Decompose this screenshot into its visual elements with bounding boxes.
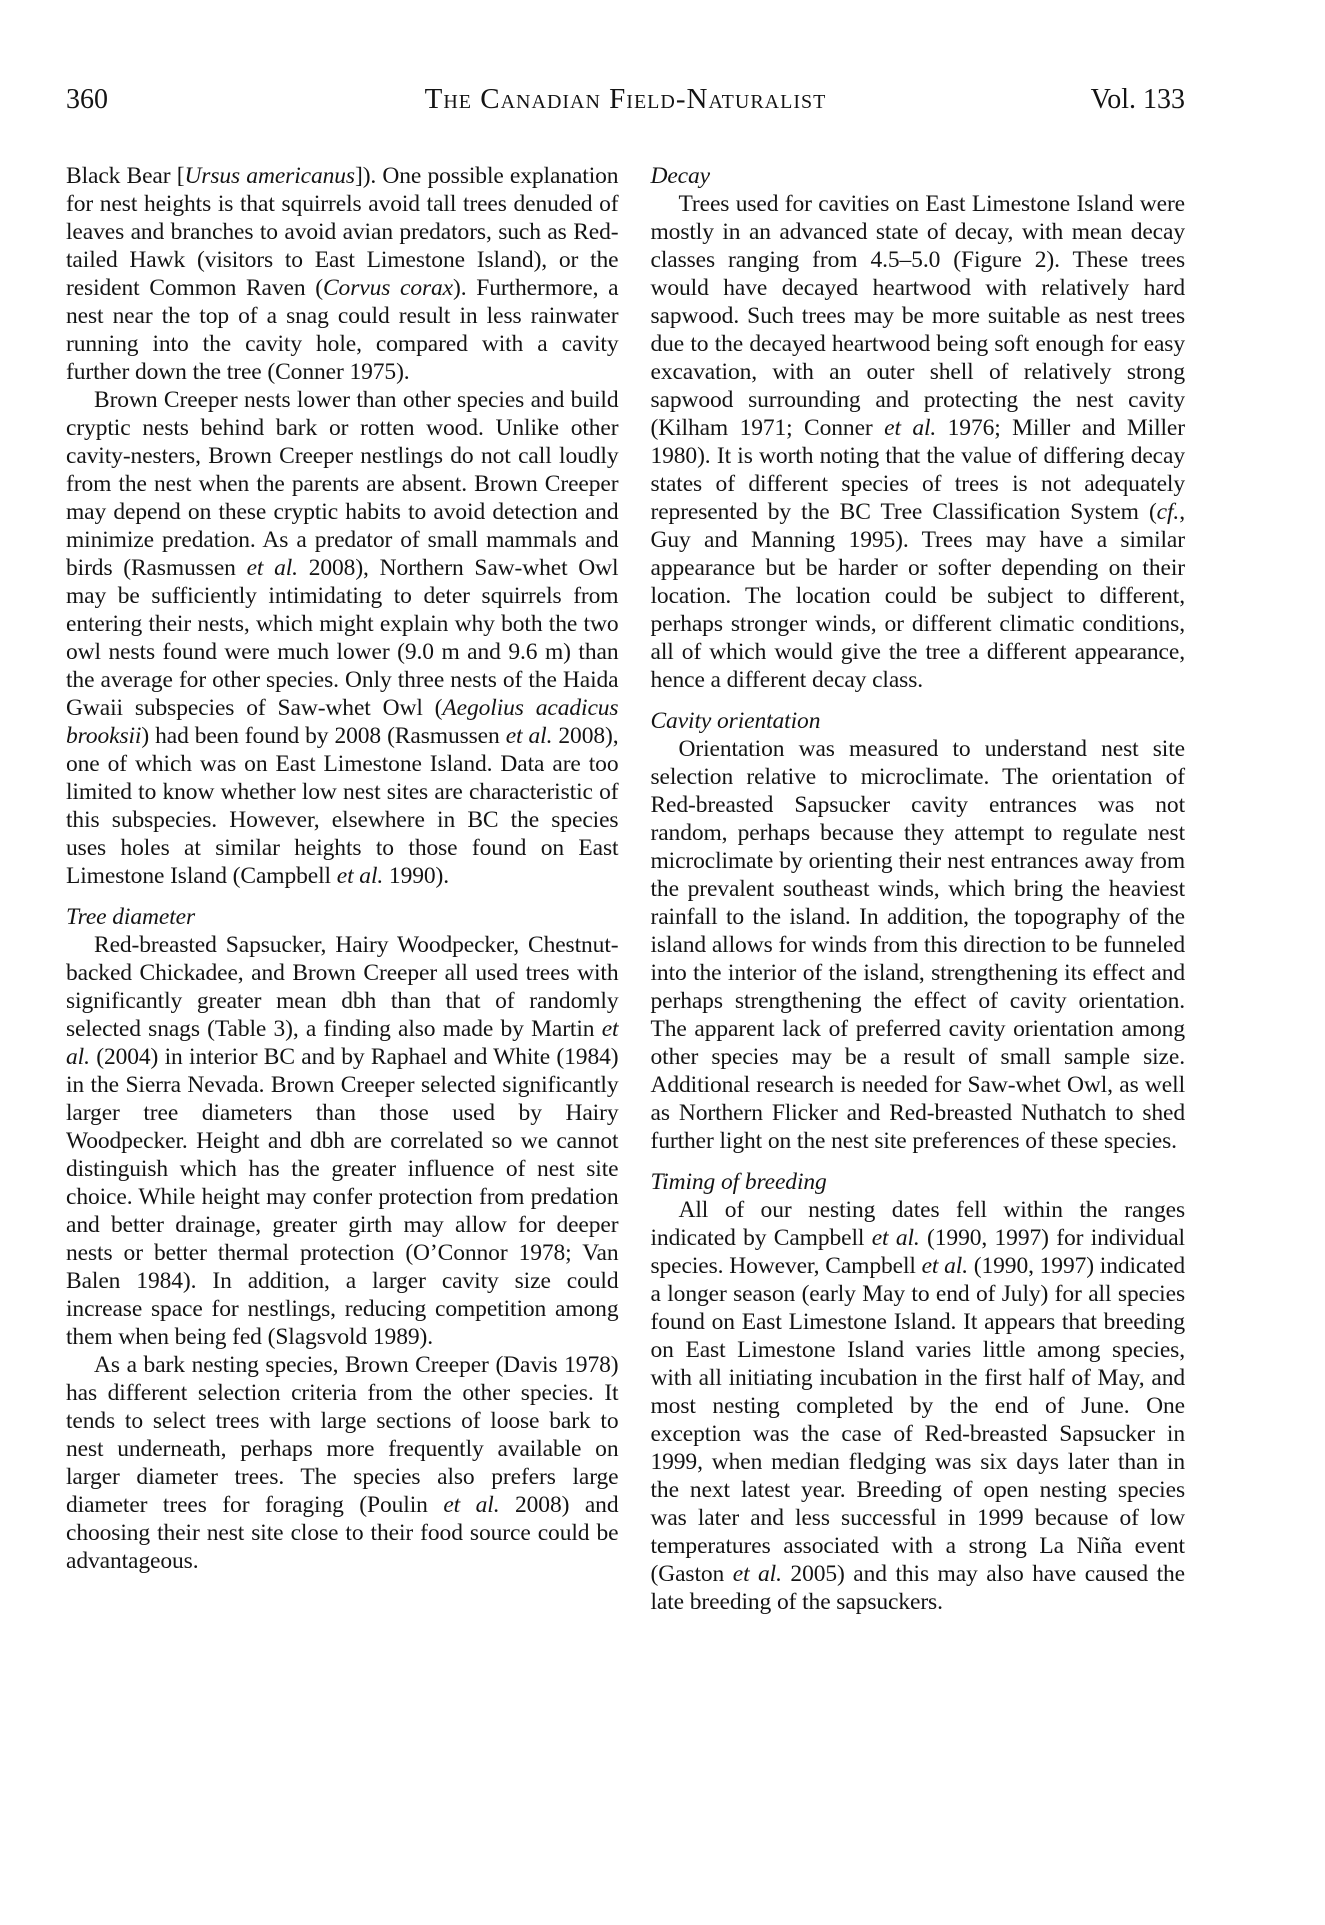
paragraph: Orientation was measured to understand n… bbox=[650, 735, 1185, 1155]
text-run: et al. bbox=[506, 723, 553, 749]
paragraph: Red-breasted Sapsucker, Hairy Woodpecker… bbox=[66, 931, 618, 1351]
page-number: 360 bbox=[66, 85, 236, 115]
article-body: Black Bear [Ursus americanus]). One poss… bbox=[66, 162, 1185, 1616]
text-run: et al. bbox=[922, 1253, 968, 1279]
text-run: Tree diameter bbox=[66, 904, 195, 930]
paragraph: Black Bear [Ursus americanus]). One poss… bbox=[66, 162, 618, 386]
text-run: et al. bbox=[337, 863, 383, 889]
text-run: et al. bbox=[872, 1225, 920, 1251]
text-run: Cavity orientation bbox=[650, 708, 820, 734]
section-heading: Decay bbox=[650, 162, 1185, 190]
text-run: Timing of breeding bbox=[650, 1169, 826, 1195]
volume-number: Vol. 133 bbox=[1015, 85, 1185, 115]
paragraph: Trees used for cavities on East Limeston… bbox=[650, 190, 1185, 694]
text-run: cf. bbox=[1157, 499, 1180, 525]
journal-page: 360 The Canadian Field-Naturalist Vol. 1… bbox=[0, 0, 1325, 1925]
page-header: 360 The Canadian Field-Naturalist Vol. 1… bbox=[66, 84, 1185, 115]
text-run: Decay bbox=[650, 163, 710, 189]
text-run: (2004) in interior BC and by Raphael and… bbox=[66, 1044, 618, 1350]
section-heading: Tree diameter bbox=[66, 903, 618, 931]
text-run: et al. bbox=[733, 1561, 782, 1587]
text-run: Black Bear [ bbox=[66, 163, 184, 189]
column-right: DecayTrees used for cavities on East Lim… bbox=[650, 162, 1185, 1616]
column-left: Black Bear [Ursus americanus]). One poss… bbox=[66, 162, 618, 1616]
text-run: Red-breasted Sapsucker, Hairy Woodpecker… bbox=[66, 932, 618, 1042]
text-run: (1990, 1997) indicated a longer season (… bbox=[650, 1253, 1185, 1587]
text-run: Brown Creeper nests lower than other spe… bbox=[66, 387, 618, 581]
text-run: 1990). bbox=[383, 863, 449, 889]
section-heading: Cavity orientation bbox=[650, 707, 1185, 735]
text-run: ) had been found by 2008 (Rasmussen bbox=[141, 723, 505, 749]
text-run: Corvus corax bbox=[323, 275, 453, 301]
text-run: Orientation was measured to understand n… bbox=[650, 736, 1185, 1154]
text-run: et al. bbox=[884, 415, 936, 441]
journal-title: The Canadian Field-Naturalist bbox=[236, 84, 1015, 114]
section-heading: Timing of breeding bbox=[650, 1168, 1185, 1196]
paragraph: Brown Creeper nests lower than other spe… bbox=[66, 386, 618, 890]
paragraph: As a bark nesting species, Brown Creeper… bbox=[66, 1351, 618, 1575]
text-run: , Guy and Manning 1995). Trees may have … bbox=[650, 499, 1185, 693]
text-run: et al. bbox=[247, 555, 298, 581]
text-run: et al. bbox=[443, 1492, 499, 1518]
text-run: Trees used for cavities on East Limeston… bbox=[650, 191, 1185, 441]
text-run: Ursus americanus bbox=[184, 163, 355, 189]
paragraph: All of our nesting dates fell within the… bbox=[650, 1196, 1185, 1616]
